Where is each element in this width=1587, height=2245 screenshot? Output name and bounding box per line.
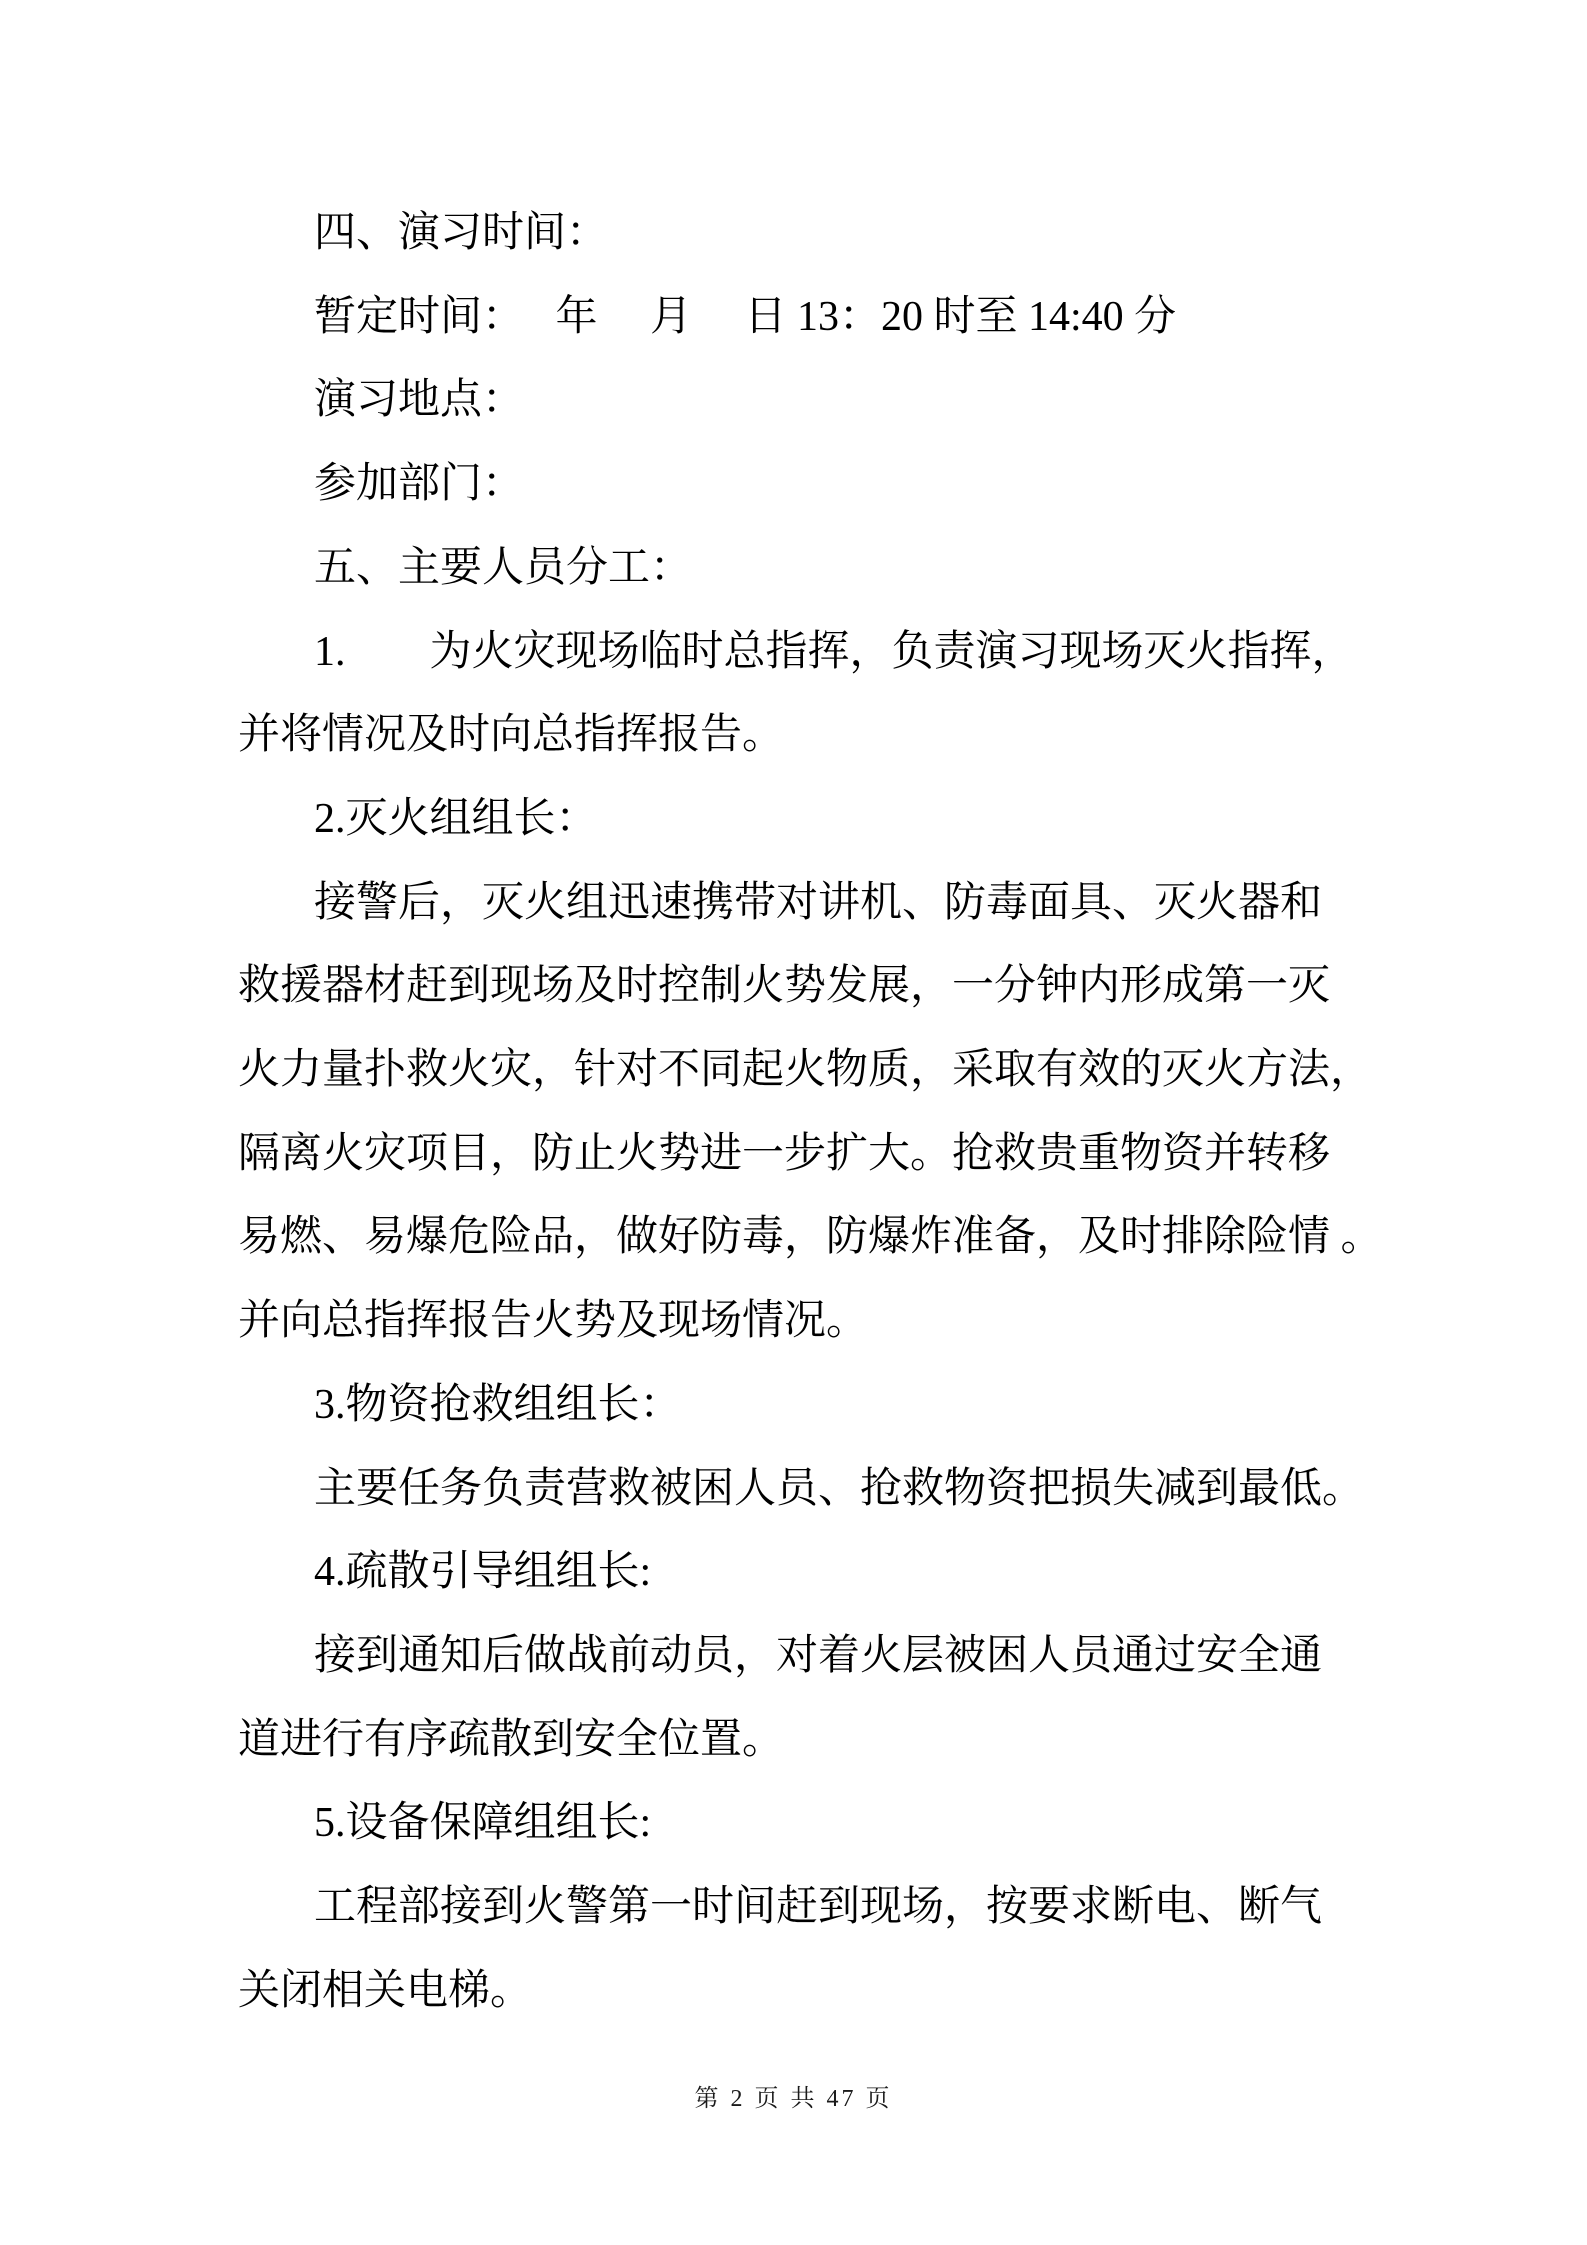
text-line: 演习地点： (238, 359, 1518, 443)
text-line: 并向总指挥报告火势及现场情况。 (238, 1280, 1518, 1364)
text-line: 五、主要人员分工： (238, 527, 1518, 611)
text-line: 关闭相关电梯。 (238, 1950, 1518, 2034)
document-body: 四、演习时间：暂定时间： 年 月 日 13：20 时至 14:40 分演习地点：… (238, 192, 1518, 2033)
text-line: 并将情况及时向总指挥报告。 (238, 694, 1518, 778)
text-line: 主要任务负责营救被困人员、抢救物资把损失减到最低。 (238, 1448, 1518, 1532)
text-line: 接到通知后做战前动员，对着火层被困人员通过安全通 (238, 1615, 1518, 1699)
page-footer: 第 2 页 共 47 页 (0, 2078, 1587, 2113)
text-line: 道进行有序疏散到安全位置。 (238, 1699, 1518, 1783)
text-line: 4.疏散引导组组长: (238, 1531, 1518, 1615)
text-line: 救援器材赶到现场及时控制火势发展，一分钟内形成第一灭 (238, 945, 1518, 1029)
text-line: 工程部接到火警第一时间赶到现场，按要求断电、断气 (238, 1866, 1518, 1950)
text-line: 3.物资抢救组组长： (238, 1364, 1518, 1448)
text-line: 1. 为火灾现场临时总指挥，负责演习现场灭火指挥， (238, 611, 1518, 695)
text-line: 5.设备保障组组长: (238, 1782, 1518, 1866)
text-line: 参加部门： (238, 443, 1518, 527)
text-line: 暂定时间： 年 月 日 13：20 时至 14:40 分 (238, 276, 1518, 360)
text-line: 2.灭火组组长： (238, 778, 1518, 862)
text-line: 四、演习时间： (238, 192, 1518, 276)
text-line: 隔离火灾项目，防止火势进一步扩大。抢救贵重物资并转移 (238, 1113, 1518, 1197)
text-line: 火力量扑救火灾，针对不同起火物质，采取有效的灭火方法， (238, 1029, 1518, 1113)
document-page: 四、演习时间：暂定时间： 年 月 日 13：20 时至 14:40 分演习地点：… (0, 0, 1587, 2245)
text-line: 易燃、易爆危险品，做好防毒，防爆炸准备，及时排除险情 。 (238, 1196, 1518, 1280)
text-line: 接警后，灭火组迅速携带对讲机、防毒面具、灭火器和 (238, 862, 1518, 946)
